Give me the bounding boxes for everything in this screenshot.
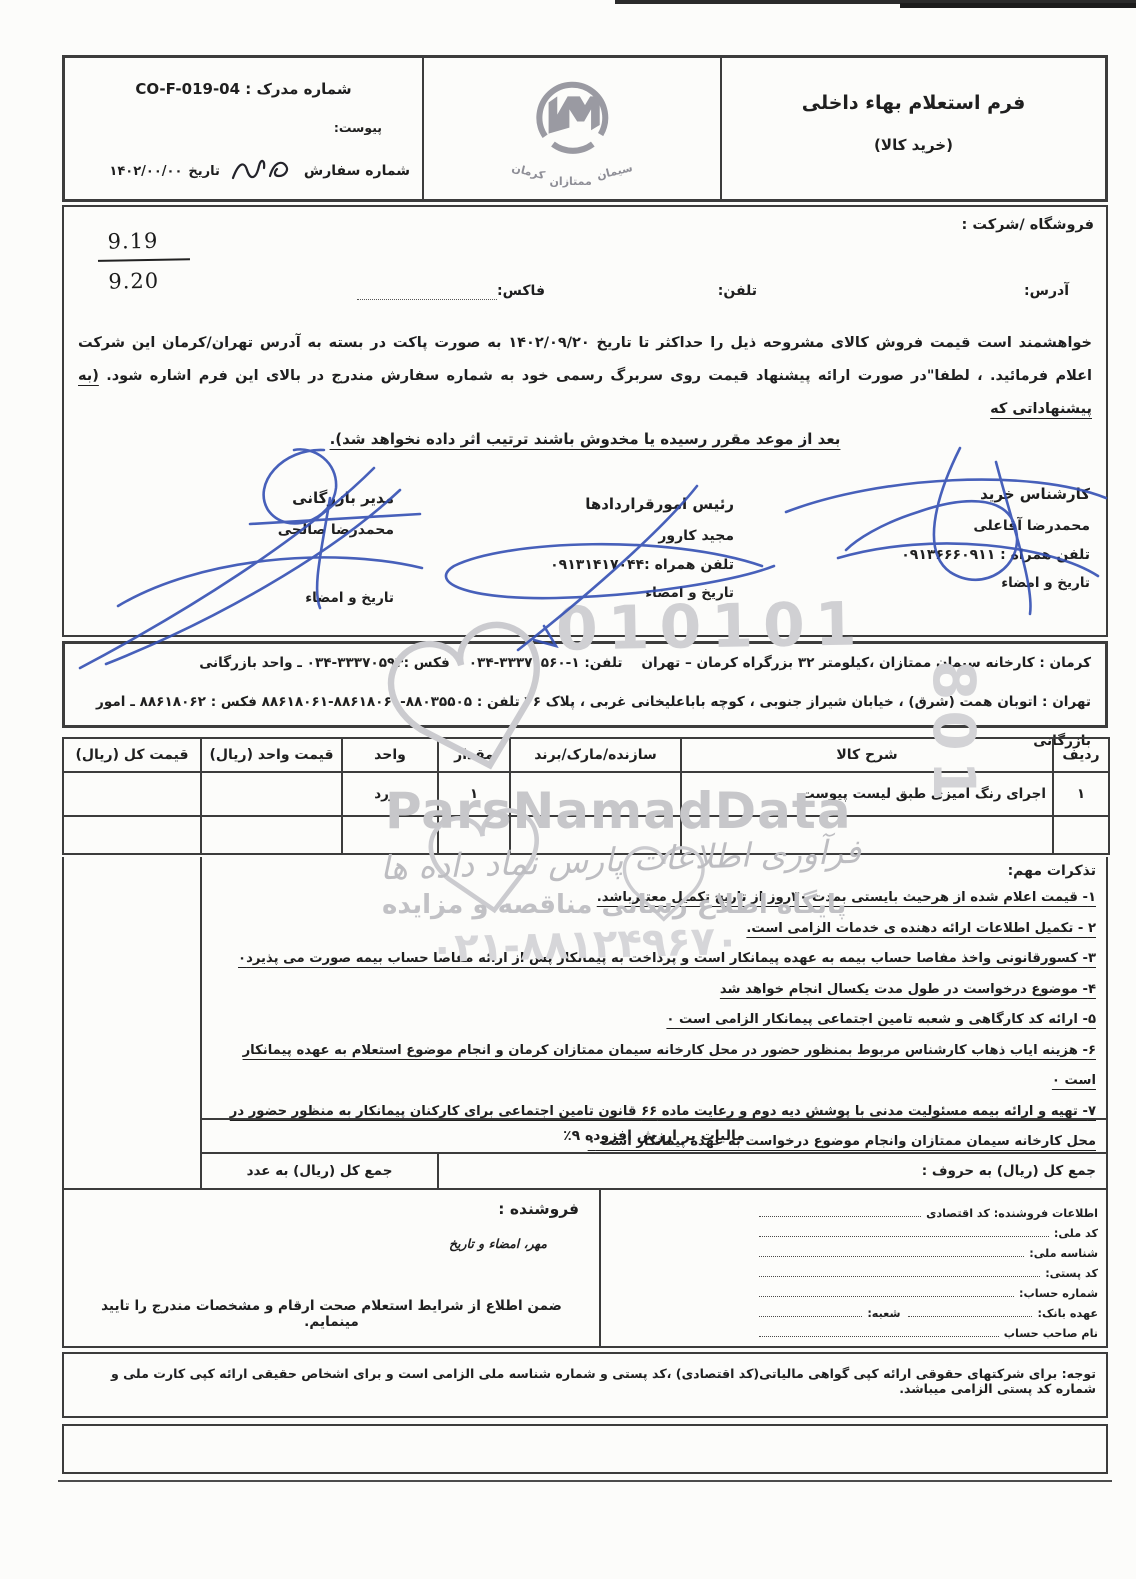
col-header-row-no: ردیف bbox=[1053, 738, 1109, 772]
item-row: ۱ اجرای رنگ آمیزی طبق لیست پیوست ۱ مورد bbox=[63, 772, 1109, 816]
signatory-role: کارشناس خرید bbox=[901, 485, 1090, 503]
note-item-4: ۴- موضوع درخواست در طول مدت یکسال انجام … bbox=[720, 982, 1096, 997]
signatory-role: رئیس امورقراردادها bbox=[550, 495, 734, 513]
logo-caption-word: ممتازان bbox=[550, 175, 592, 188]
col-header-total-price: قیمت کل (ریال) bbox=[63, 738, 201, 772]
seller-stamp-label: مهر، امضاء و تاریخ bbox=[449, 1236, 547, 1251]
dotted-line bbox=[759, 1256, 1024, 1257]
item-brand bbox=[510, 772, 681, 816]
vat-row: مالیات بر ارزش افزوده ۹٪ bbox=[200, 1120, 1108, 1154]
request-paragraph: خواهشمند است قیمت فروش کالای مشروحه ذیل … bbox=[78, 327, 1092, 448]
seller-field-label: شماره حساب: bbox=[1019, 1287, 1098, 1300]
item-description: اجرای رنگ آمیزی طبق لیست پیوست bbox=[681, 772, 1053, 816]
fax-label: فاکس: bbox=[497, 283, 545, 299]
signatory-date-sign-label: تاریخ و امضاء bbox=[550, 585, 734, 601]
grand-total-row: جمع کل (ریال) به حروف : جمع کل (ریال) به… bbox=[200, 1154, 1108, 1190]
seller-info-row: شماره حساب: bbox=[601, 1280, 1098, 1300]
seller-info-row: شناسه ملی: bbox=[601, 1240, 1098, 1260]
dotted-line bbox=[759, 1336, 999, 1337]
handwritten-ref-top: 9.19 bbox=[97, 228, 193, 254]
empty-footer-box bbox=[62, 1424, 1108, 1474]
logo-caption: سیمان ممتازان کرمان bbox=[510, 171, 634, 184]
seller-field-label: کد ملی: bbox=[1054, 1227, 1098, 1240]
signatory-name: مجید کارور bbox=[550, 528, 734, 544]
seller-branch-label: شعبه: bbox=[867, 1307, 900, 1320]
fax-dotted-line bbox=[357, 299, 497, 300]
total-in-words-label: جمع کل (ریال) به حروف : bbox=[437, 1154, 1106, 1188]
vendor-contact-row: آدرس: تلفن: فاکس: bbox=[64, 283, 1106, 309]
doc-number-label: شماره مدرک : bbox=[245, 80, 351, 98]
seller-field-label: کد پستی: bbox=[1045, 1267, 1098, 1280]
seller-info-row: عهده بانک: شعبه: bbox=[601, 1300, 1098, 1320]
form-title: فرم استعلام بهاء داخلی bbox=[722, 92, 1105, 114]
seller-field-label: نام صاحب حساب bbox=[1004, 1327, 1098, 1340]
header-title-cell: فرم استعلام بهاء داخلی (خرید کالا) bbox=[722, 58, 1105, 199]
col-header-brand: سازنده/مارک/برند bbox=[510, 738, 681, 772]
doc-number-value: CO-F-019-04 bbox=[135, 80, 240, 98]
item-unit-price bbox=[201, 772, 342, 816]
seller-title-label: فروشنده : bbox=[498, 1200, 579, 1218]
total-price-empty-cell bbox=[62, 857, 202, 1190]
address-label: آدرس: bbox=[1024, 283, 1069, 299]
dotted-line bbox=[759, 1236, 1049, 1237]
items-table-header-row: ردیف شرح کالا سازنده/مارک/برند مقدار واح… bbox=[63, 738, 1109, 772]
signatory-mobile: تلفن همراه : ۰۹۱۳۶۶۶۰۹۱۱ bbox=[901, 547, 1090, 563]
signatory-date-sign-label: تاریخ و امضاء bbox=[278, 590, 394, 606]
order-number-line: شماره سفارش تاریخ ۱۴۰۲/۰۰/۰۰ bbox=[71, 154, 410, 188]
order-number-handwriting-scribble bbox=[230, 154, 294, 188]
momtazan-cement-logo-icon bbox=[507, 73, 637, 177]
note-item-2: ۲ - تکمیل اطلاعات ارائه دهنده ی خدمات ال… bbox=[746, 921, 1096, 936]
seller-info-row: اطلاعات فروشنده: کد اقتصادی bbox=[601, 1200, 1098, 1220]
phone-label: تلفن: bbox=[718, 283, 757, 299]
item-row-empty bbox=[63, 816, 1109, 854]
item-quantity: ۱ bbox=[438, 772, 510, 816]
dotted-line bbox=[759, 1276, 1040, 1277]
doc-number-line: شماره مدرک : CO-F-019-04 bbox=[65, 80, 422, 98]
footer-note-text: توجه: برای شرکتهای حقوقی ارائه کپی گواهی… bbox=[64, 1354, 1106, 1396]
dotted-line bbox=[908, 1316, 1032, 1317]
seller-info-row: نام صاحب حساب bbox=[601, 1320, 1098, 1340]
seller-info-row: کد پستی: bbox=[601, 1260, 1098, 1280]
order-number-label: شماره سفارش bbox=[304, 163, 410, 179]
attachment-label: پیوست: bbox=[334, 120, 382, 135]
order-date-value: ۱۴۰۲/۰۰/۰۰ bbox=[109, 164, 182, 179]
form-subtitle: (خرید کالا) bbox=[722, 136, 1105, 154]
col-header-description: شرح کالا bbox=[681, 738, 1053, 772]
signatory-commercial-manager: مدیر بازرگانی محمدرضا صالحی تاریخ و امضا… bbox=[278, 489, 394, 606]
signatory-date-sign-label: تاریخ و امضاء bbox=[901, 575, 1090, 591]
signatory-mobile: تلفن همراه :۰۹۱۳۱۴۱۷۰۴۴ bbox=[550, 557, 734, 573]
form-header: شماره مدرک : CO-F-019-04 پیوست: شماره سف… bbox=[62, 55, 1108, 202]
signatory-contracts-head: رئیس امورقراردادها مجید کارور تلفن همراه… bbox=[550, 495, 734, 601]
note-item-6: ۶- هزینه ایاب ذهاب کارشناس مربوط بمنظور … bbox=[243, 1043, 1096, 1089]
seller-confirmation-text: ضمن اطلاع از شرایط استعلام صحت ارقام و م… bbox=[72, 1298, 591, 1330]
bottom-scan-rule bbox=[58, 1480, 1112, 1482]
seller-field-label: اطلاعات فروشنده: کد اقتصادی bbox=[926, 1207, 1098, 1220]
seller-section: اطلاعات فروشنده: کد اقتصادی کد ملی: شناس… bbox=[62, 1190, 1108, 1348]
seller-field-label: شناسه ملی: bbox=[1029, 1247, 1098, 1260]
header-logo-cell: سیمان ممتازان کرمان bbox=[424, 58, 722, 199]
dotted-line bbox=[759, 1296, 1014, 1297]
items-table: ردیف شرح کالا سازنده/مارک/برند مقدار واح… bbox=[62, 737, 1110, 855]
handwritten-ref-divider bbox=[98, 258, 190, 262]
item-row-no: ۱ bbox=[1053, 772, 1109, 816]
footer-note-box: توجه: برای شرکتهای حقوقی ارائه کپی گواهی… bbox=[62, 1352, 1108, 1418]
signatory-role: مدیر بازرگانی bbox=[278, 489, 394, 507]
signatory-purchasing-expert: کارشناس خرید محمدرضا آقاعلی تلفن همراه :… bbox=[901, 485, 1090, 591]
note-item-5: ۵- ارائه کد کارگاهی و شعبه تامین اجتماعی… bbox=[666, 1012, 1096, 1027]
col-header-unit: واحد bbox=[342, 738, 438, 772]
shop-company-label: فروشگاه /شرکت : bbox=[962, 217, 1094, 233]
signatory-name: محمدرضا آقاعلی bbox=[901, 518, 1090, 534]
request-body-text: خواهشمند است قیمت فروش کالای مشروحه ذیل … bbox=[78, 335, 1092, 384]
dotted-line bbox=[759, 1216, 921, 1217]
signatory-name: محمدرضا صالحی bbox=[278, 522, 394, 538]
company-addresses-box: کرمان : کارخانه سیمان ممتازان ،کیلومتر ۳… bbox=[62, 641, 1108, 728]
seller-info-fields: اطلاعات فروشنده: کد اقتصادی کد ملی: شناس… bbox=[599, 1190, 1106, 1346]
note-item-3: ۳- کسورقانونی واخذ مفاصا حساب بیمه به عه… bbox=[238, 951, 1096, 966]
header-doc-info-cell: شماره مدرک : CO-F-019-04 پیوست: شماره سف… bbox=[65, 58, 424, 199]
order-date-label: تاریخ bbox=[188, 164, 220, 179]
note-item-1: ۱- قیمت اعلام شده از هرحیث بایستی بمدت ۳… bbox=[597, 890, 1096, 905]
item-total-price bbox=[63, 772, 201, 816]
item-unit: مورد bbox=[342, 772, 438, 816]
seller-info-row: کد ملی: bbox=[601, 1220, 1098, 1240]
vat-label: مالیات بر ارزش افزوده ۹٪ bbox=[563, 1128, 745, 1144]
company-logo: سیمان ممتازان کرمان bbox=[507, 73, 637, 184]
kerman-address-line: کرمان : کارخانه سیمان ممتازان ،کیلومتر ۳… bbox=[65, 644, 1105, 683]
seller-field-label: عهده بانک: bbox=[1037, 1307, 1098, 1320]
scanned-inquiry-form-page: شماره مدرک : CO-F-019-04 پیوست: شماره سف… bbox=[0, 0, 1136, 1579]
scan-artifact-line bbox=[900, 3, 1136, 8]
col-header-quantity: مقدار bbox=[438, 738, 510, 772]
seller-stamp-area: فروشنده : مهر، امضاء و تاریخ ضمن اطلاع ا… bbox=[64, 1190, 599, 1346]
important-notes-section: تذکرات مهم: ۱- قیمت اعلام شده از هرحیث ب… bbox=[200, 857, 1108, 1120]
vendor-and-request-section: فروشگاه /شرکت : 9.19 9.20 آدرس: تلفن: فا… bbox=[62, 205, 1108, 637]
dotted-line bbox=[759, 1316, 862, 1317]
total-in-digits-label: جمع کل (ریال) به عدد bbox=[202, 1154, 437, 1188]
col-header-unit-price: قیمت واحد (ریال) bbox=[201, 738, 342, 772]
request-emphasis-line: بعد از موعد مقرر رسیده یا مخدوش باشند تر… bbox=[78, 430, 1092, 448]
notes-title: تذکرات مهم: bbox=[212, 863, 1096, 879]
